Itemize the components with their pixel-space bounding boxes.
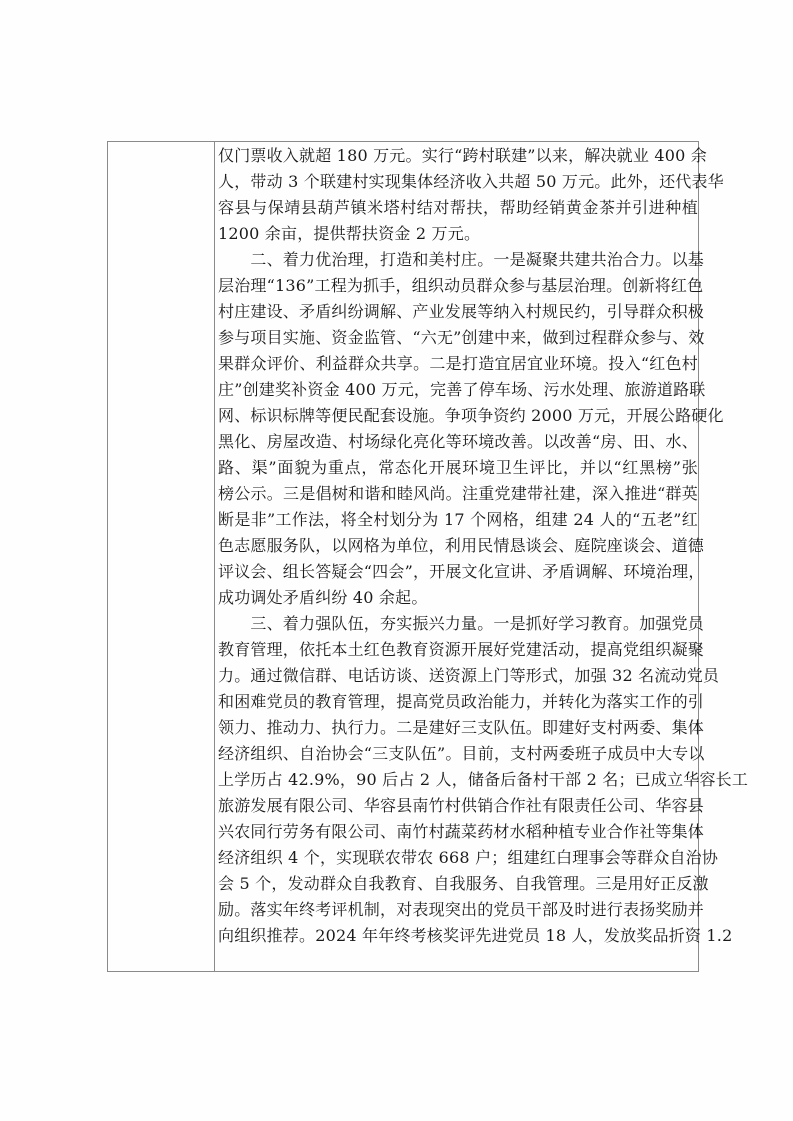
content-table: 仅门票收入就超 180 万元。实行“跨村联建”以来，解决就业 400 余 人，带… bbox=[107, 141, 699, 972]
text-line: 果群众评价、利益群众共享。二是打造宜居宜业环境。投入“红色村 bbox=[218, 351, 698, 377]
text-line: 路、渠”面貌为重点，常态化开展环境卫生评比，并以“红黑榜”张 bbox=[218, 455, 698, 481]
text-line: 会 5 个，发动群众自我教育、自我服务、自我管理。三是用好正反激 bbox=[218, 871, 698, 897]
text-line: 黑化、房屋改造、村场绿化亮化等环境改善。以改善“房、田、水、 bbox=[218, 429, 698, 455]
text-line: 领力、推动力、执行力。二是建好三支队伍。即建好支村两委、集体 bbox=[218, 715, 698, 741]
text-line: 网、标识标牌等便民配套设施。争项争资约 2000 万元，开展公路硬化 bbox=[218, 403, 698, 429]
section-heading-line: 三、着力强队伍，夯实振兴力量。一是抓好学习教育。加强党员 bbox=[218, 611, 698, 637]
text-line: 1200 余亩，提供帮扶资金 2 万元。 bbox=[218, 221, 698, 247]
text-line: 层治理“136”工程为抓手，组织动员群众参与基层治理。创新将红色 bbox=[218, 273, 698, 299]
text-line: 色志愿服务队，以网格为单位，利用民情恳谈会、庭院座谈会、道德 bbox=[218, 533, 698, 559]
table-label-cell bbox=[108, 142, 215, 971]
text-line: 力。通过微信群、电话访谈、送资源上门等形式，加强 32 名流动党员 bbox=[218, 663, 698, 689]
text-line: 成功调处矛盾纠纷 40 余起。 bbox=[218, 585, 698, 611]
text-line: 仅门票收入就超 180 万元。实行“跨村联建”以来，解决就业 400 余 bbox=[218, 143, 698, 169]
text-line: 经济组织、自治协会“三支队伍”。目前，支村两委班子成员中大专以 bbox=[218, 741, 698, 767]
text-line: 旅游发展有限公司、华容县南竹村供销合作社有限责任公司、华容县 bbox=[218, 793, 698, 819]
table-content-cell: 仅门票收入就超 180 万元。实行“跨村联建”以来，解决就业 400 余 人，带… bbox=[216, 142, 698, 971]
section-heading-line: 二、着力优治理，打造和美村庄。一是凝聚共建共治合力。以基 bbox=[218, 247, 698, 273]
text-line: 容县与保靖县葫芦镇米塔村结对帮扶，帮助经销黄金茶并引进种植 bbox=[218, 195, 698, 221]
text-line: 和困难党员的教育管理，提高党员政治能力，并转化为落实工作的引 bbox=[218, 689, 698, 715]
text-line: 评议会、组长答疑会“四会”，开展文化宣讲、矛盾调解、环境治理， bbox=[218, 559, 698, 585]
text-line: 榜公示。三是倡树和谐和睦风尚。注重党建带社建，深入推进“群英 bbox=[218, 481, 698, 507]
text-line: 村庄建设、矛盾纠纷调解、产业发展等纳入村规民约，引导群众积极 bbox=[218, 299, 698, 325]
text-line: 教育管理，依托本土红色教育资源开展好党建活动，提高党组织凝聚 bbox=[218, 637, 698, 663]
text-line: 兴农同行劳务有限公司、南竹村蔬菜药材水稻种植专业合作社等集体 bbox=[218, 819, 698, 845]
document-page: 仅门票收入就超 180 万元。实行“跨村联建”以来，解决就业 400 余 人，带… bbox=[0, 0, 793, 1121]
text-line: 人，带动 3 个联建村实现集体经济收入共超 50 万元。此外，还代表华 bbox=[218, 169, 698, 195]
text-line: 经济组织 4 个，实现联农带农 668 户；组建红白理事会等群众自治协 bbox=[218, 845, 698, 871]
text-line: 向组织推荐。2024 年年终考核奖评先进党员 18 人，发放奖品折资 1.2 bbox=[218, 923, 698, 949]
text-line: 断是非”工作法，将全村划分为 17 个网格，组建 24 人的“五老”红 bbox=[218, 507, 698, 533]
text-line: 励。落实年终考评机制，对表现突出的党员干部及时进行表扬奖励并 bbox=[218, 897, 698, 923]
text-line: 上学历占 42.9%，90 后占 2 人，储备后备村干部 2 名；已成立华容长工 bbox=[218, 767, 698, 793]
text-line: 庄”创建奖补资金 400 万元，完善了停车场、污水处理、旅游道路联 bbox=[218, 377, 698, 403]
text-line: 参与项目实施、资金监管、“六无”创建中来，做到过程群众参与、效 bbox=[218, 325, 698, 351]
